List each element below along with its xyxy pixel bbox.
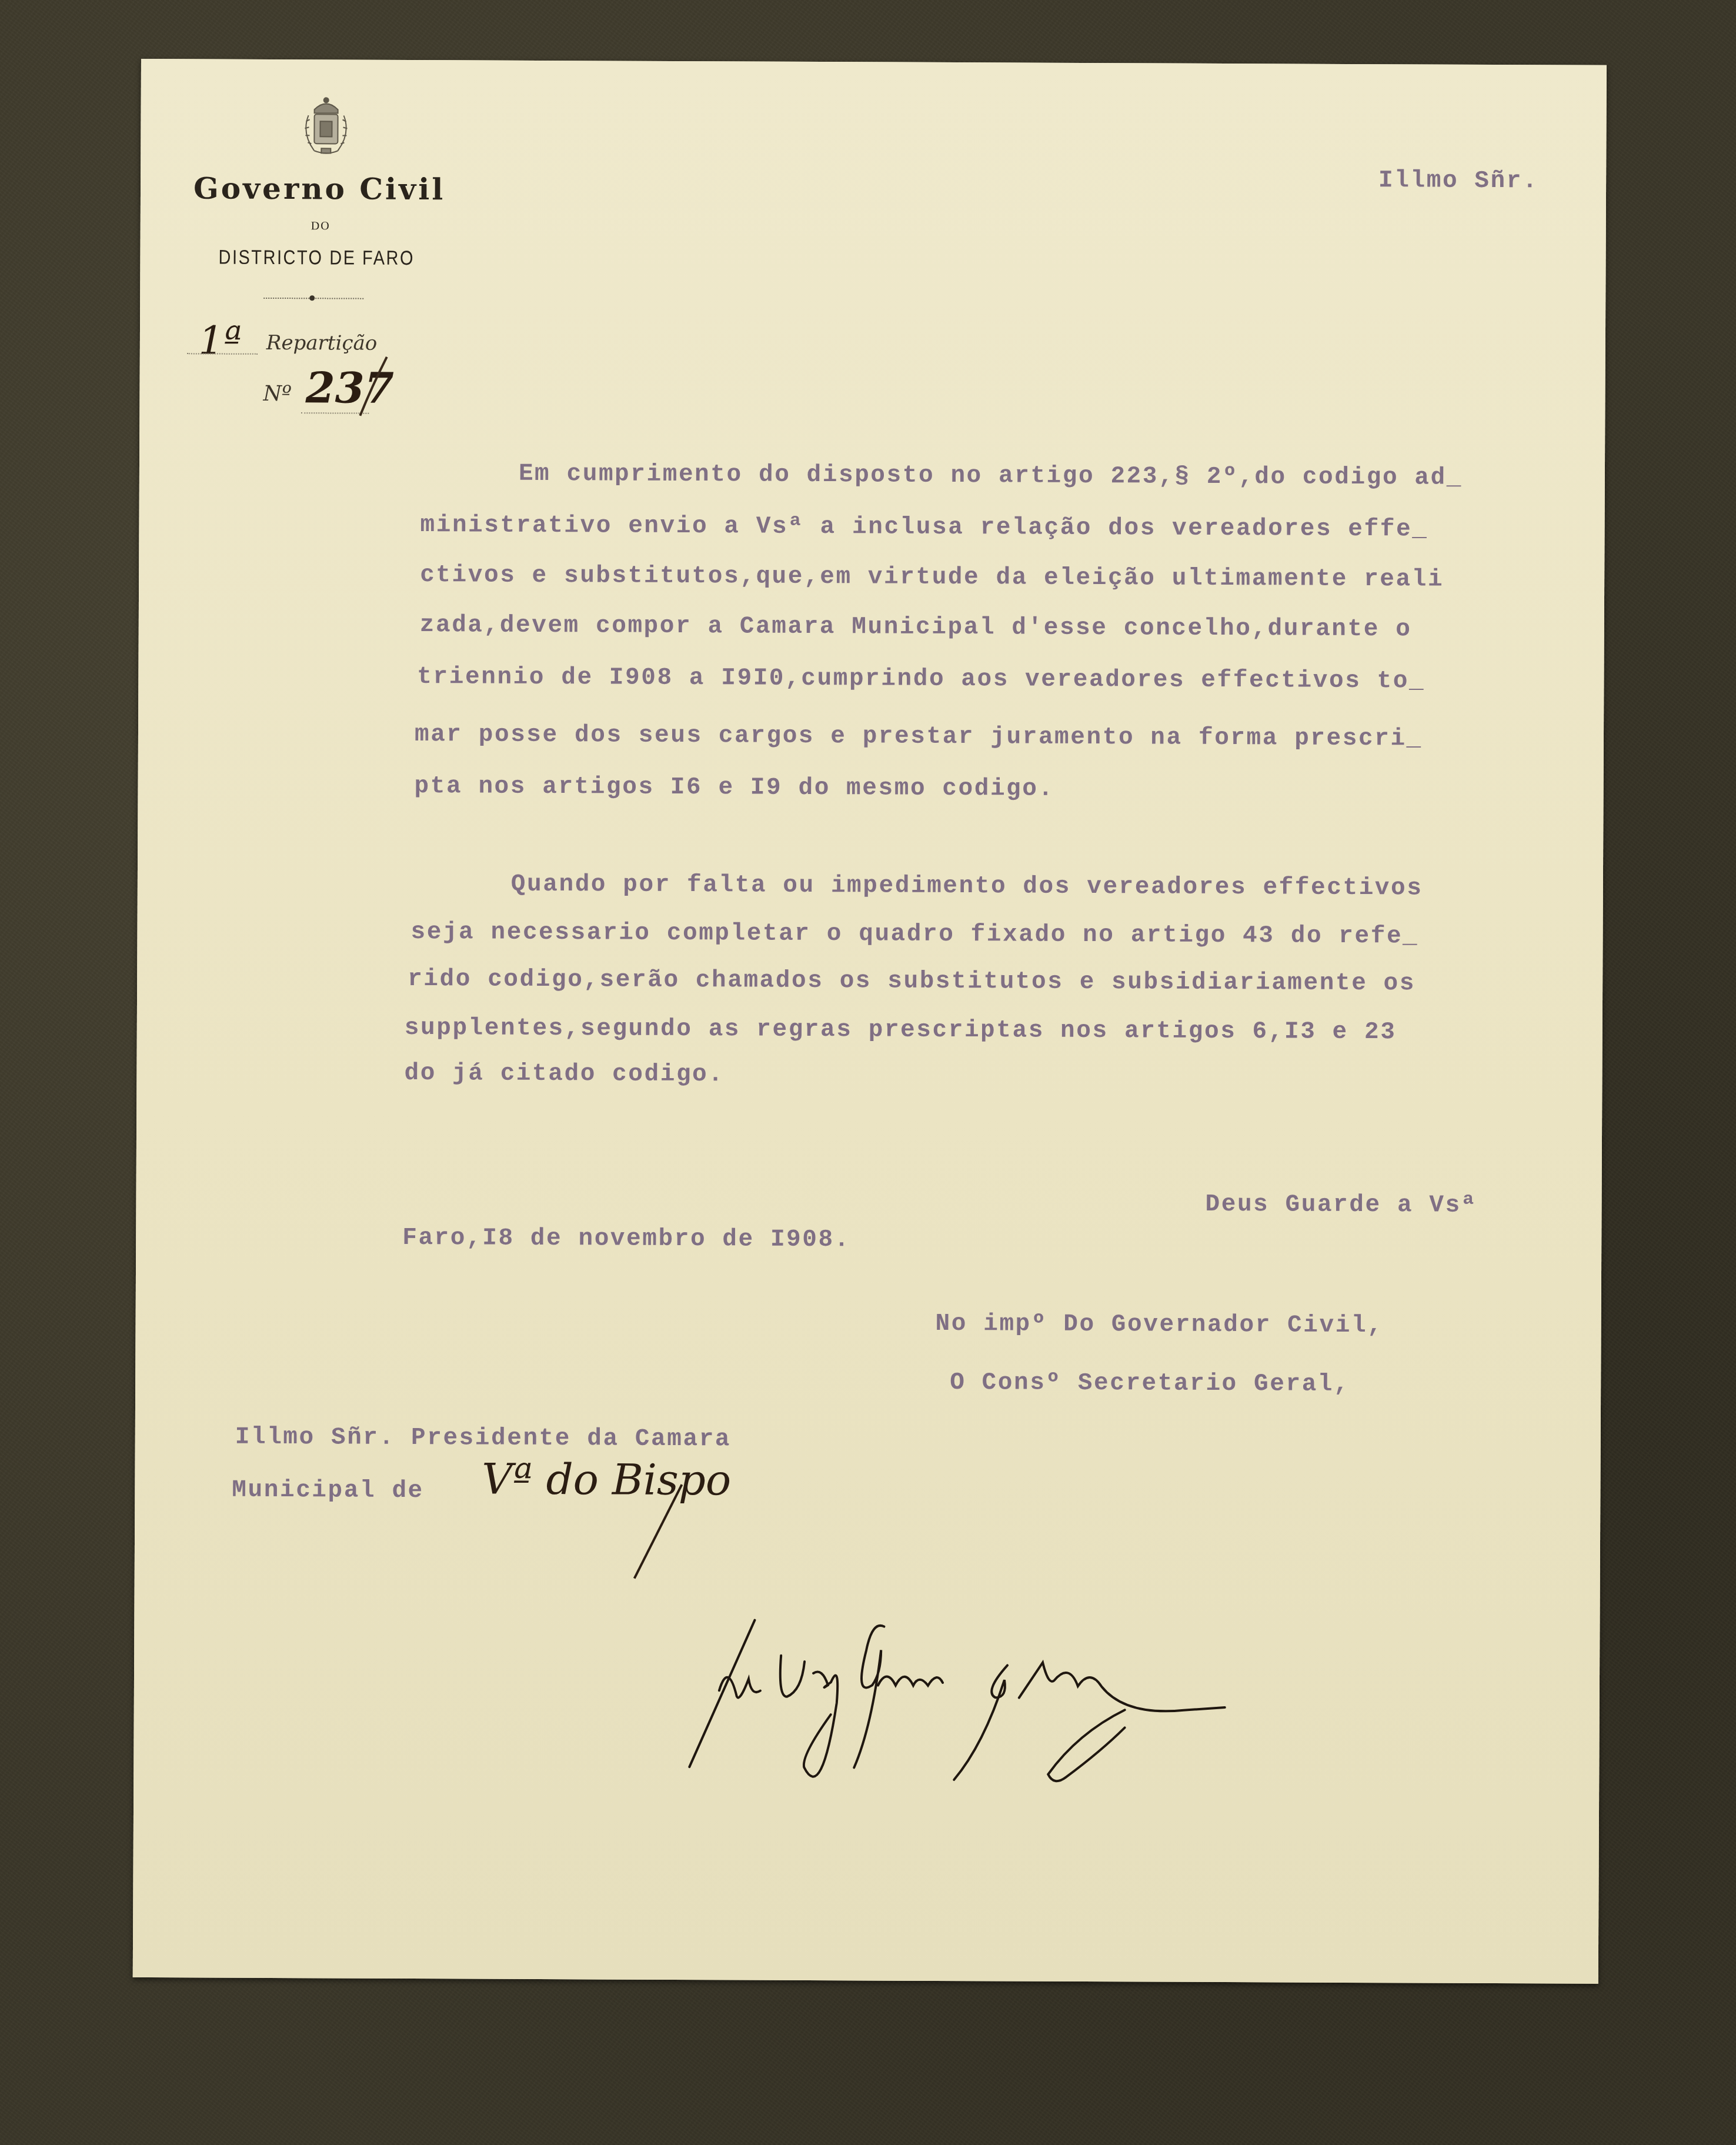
letterhead-district: DISTRICTO DE FARO (218, 246, 415, 270)
body-line: do já citado codigo. (404, 1060, 724, 1088)
letterhead-connector: DO (311, 219, 330, 233)
department-dotted-line (187, 353, 258, 355)
body-line: pta nos artigos I6 e I9 do mesmo codigo. (415, 773, 1054, 803)
body-line: supplentes,segundo as regras prescriptas… (405, 1015, 1397, 1046)
salutation: Illmo Sñr. (1378, 167, 1538, 195)
handwritten-signature (677, 1608, 1501, 1788)
divider-ornament (309, 295, 315, 301)
closing-formula: Deus Guarde a Vsª (1205, 1191, 1477, 1219)
department-number: 1ª (199, 318, 242, 363)
body-line: ctivos e substitutos,que,em virtude da e… (420, 562, 1444, 593)
body-line: ministrativo envio a Vsª a inclusa relaç… (420, 512, 1428, 543)
coat-of-arms-icon (291, 92, 362, 163)
body-line: Em cumprimento do disposto no artigo 223… (519, 461, 1463, 492)
addressee-line-1: Illmo Sñr. Presidente da Camara (235, 1424, 732, 1453)
place-date: Faro,I8 de novembro de I908. (402, 1225, 850, 1253)
addressee-line-2-prefix: Municipal de (232, 1477, 424, 1504)
body-line: zada,devem compor a Camara Municipal d'e… (420, 612, 1412, 643)
body-line: Quando por falta ou impedimento dos vere… (511, 871, 1423, 902)
letterhead-title: Governo Civil (193, 171, 445, 206)
reference-number-label: Nº (263, 382, 292, 406)
handwriting-flourish-icon (593, 1460, 712, 1584)
strike-mark-icon (345, 354, 392, 419)
body-line: rido codigo,serão chamados os substituto… (408, 966, 1415, 997)
body-line: triennio de I908 a I9I0,cumprindo aos ve… (417, 663, 1425, 695)
body-line: seja necessario completar o quadro fixad… (410, 919, 1418, 950)
signatory-line-2: O Consº Secretario Geral, (950, 1369, 1350, 1398)
body-line: mar posse dos seus cargos e prestar jura… (415, 721, 1423, 752)
signatory-line-1: No impº Do Governador Civil, (936, 1310, 1384, 1339)
letter-page: Governo Civil DO DISTRICTO DE FARO 1ª Re… (133, 59, 1607, 1984)
department-label: Repartição (266, 331, 378, 355)
